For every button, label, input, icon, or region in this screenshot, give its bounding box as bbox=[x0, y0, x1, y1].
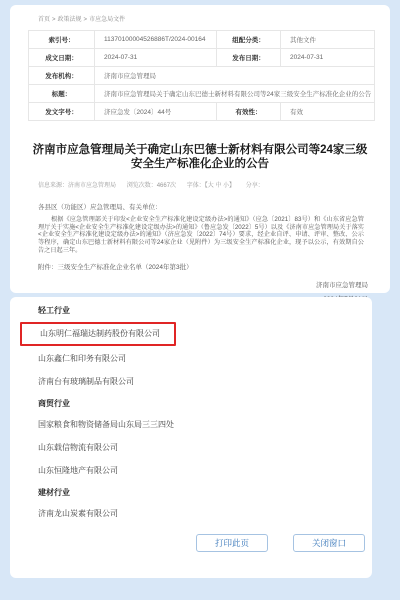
font-size-control[interactable]: 字体：【大 中 小】 bbox=[187, 183, 235, 189]
company-list-card: 轻工行业 山东明仁福瑞达制药股份有限公司 山东鑫仁和印务有限公司 济南台有玻璃制… bbox=[10, 297, 372, 578]
meta-label: 索引号： bbox=[29, 31, 95, 49]
meta-value: 其他文件 bbox=[281, 31, 375, 49]
breadcrumb-home[interactable]: 首页 bbox=[38, 17, 50, 23]
meta-value: 2024-07-31 bbox=[281, 49, 375, 67]
company-name: 山东明仁福瑞达制药股份有限公司 bbox=[40, 328, 160, 339]
list-item: 国家粮食和物资储备局山东局三三四处 bbox=[10, 413, 372, 436]
document-meta-table: 索引号： 11370100004526886T/2024-00164 组配分类：… bbox=[28, 30, 375, 121]
table-row: 成文日期： 2024-07-31 发布日期： 2024-07-31 bbox=[29, 49, 375, 67]
highlight-red-box: 山东明仁福瑞达制药股份有限公司 bbox=[20, 322, 176, 346]
table-row: 索引号： 11370100004526886T/2024-00164 组配分类：… bbox=[29, 31, 375, 49]
document-card: 首页>政策法规>市应急局文件 索引号： 11370100004526886T/2… bbox=[10, 5, 390, 293]
breadcrumb-separator: > bbox=[84, 17, 88, 23]
meta-label: 组配分类： bbox=[217, 31, 281, 49]
info-source: 信息来源：济南市应急管理局 bbox=[38, 183, 116, 189]
meta-label: 发文字号： bbox=[29, 103, 95, 121]
document-paragraph: 根据《应急管理部关于印发<企业安全生产标准化建设定级办法>的通知》（应急〔202… bbox=[38, 216, 364, 255]
document-salutation: 各县区（功能区）应急管理局、有关单位： bbox=[38, 202, 362, 211]
meta-label: 发布机构： bbox=[29, 67, 95, 85]
action-button-row: 打印此页 关闭窗口 bbox=[10, 534, 372, 552]
breadcrumb: 首页>政策法规>市应急局文件 bbox=[10, 5, 390, 23]
share-control[interactable]: 分享： bbox=[246, 183, 264, 189]
meta-value: 济应急发〔2024〕44号 bbox=[95, 103, 217, 121]
breadcrumb-current: 市应急局文件 bbox=[89, 17, 125, 23]
meta-label: 发布日期： bbox=[217, 49, 281, 67]
breadcrumb-policy[interactable]: 政策法规 bbox=[58, 17, 82, 23]
section-heading-commerce: 商贸行业 bbox=[10, 393, 372, 413]
company-name: 国家粮食和物资储备局山东局三三四处 bbox=[38, 419, 174, 430]
list-item: 济南台有玻璃制品有限公司 bbox=[10, 370, 372, 393]
list-item: 山东载信物流有限公司 bbox=[10, 436, 372, 459]
table-row: 发布机构： 济南市应急管理局 bbox=[29, 67, 375, 85]
print-page-button[interactable]: 打印此页 bbox=[196, 534, 268, 552]
meta-value: 济南市应急管理局关于确定山东巴德士新材料有限公司等24家三级安全生产标准化企业的… bbox=[95, 85, 375, 103]
attachment-link[interactable]: 附件：三级安全生产标准化企业名单（2024年第3批） bbox=[38, 262, 362, 271]
page-title: 济南市应急管理局关于确定山东巴德士新材料有限公司等24家三级安全生产标准化企业的… bbox=[32, 143, 368, 171]
breadcrumb-separator: > bbox=[52, 17, 56, 23]
meta-label: 有效性： bbox=[217, 103, 281, 121]
close-window-button[interactable]: 关闭窗口 bbox=[293, 534, 365, 552]
meta-value: 有效 bbox=[281, 103, 375, 121]
list-item-highlighted: 山东明仁福瑞达制药股份有限公司 bbox=[10, 320, 372, 347]
meta-value: 11370100004526886T/2024-00164 bbox=[95, 31, 217, 49]
company-name: 山东鑫仁和印务有限公司 bbox=[38, 353, 126, 364]
company-name: 济南台有玻璃制品有限公司 bbox=[38, 376, 134, 387]
document-signature: 济南市应急管理局 bbox=[10, 280, 368, 289]
table-row: 标题： 济南市应急管理局关于确定山东巴德士新材料有限公司等24家三级安全生产标准… bbox=[29, 85, 375, 103]
company-name: 山东恒隆地产有限公司 bbox=[38, 465, 118, 476]
section-heading-light-industry: 轻工行业 bbox=[10, 300, 372, 320]
list-item: 山东鑫仁和印务有限公司 bbox=[10, 347, 372, 370]
info-views: 浏览次数：4667次 bbox=[127, 183, 176, 189]
meta-value: 2024-07-31 bbox=[95, 49, 217, 67]
table-row: 发文字号： 济应急发〔2024〕44号 有效性： 有效 bbox=[29, 103, 375, 121]
meta-value: 济南市应急管理局 bbox=[95, 67, 375, 85]
meta-label: 标题： bbox=[29, 85, 95, 103]
company-name: 济南龙山炭素有限公司 bbox=[38, 508, 118, 519]
meta-label: 成文日期： bbox=[29, 49, 95, 67]
document-info-bar: 信息来源：济南市应急管理局 浏览次数：4667次 字体：【大 中 小】 分享： bbox=[38, 180, 390, 189]
company-name: 山东载信物流有限公司 bbox=[38, 442, 118, 453]
list-item: 山东恒隆地产有限公司 bbox=[10, 459, 372, 482]
section-heading-building-materials: 建材行业 bbox=[10, 482, 372, 502]
list-item: 济南龙山炭素有限公司 bbox=[10, 502, 372, 525]
